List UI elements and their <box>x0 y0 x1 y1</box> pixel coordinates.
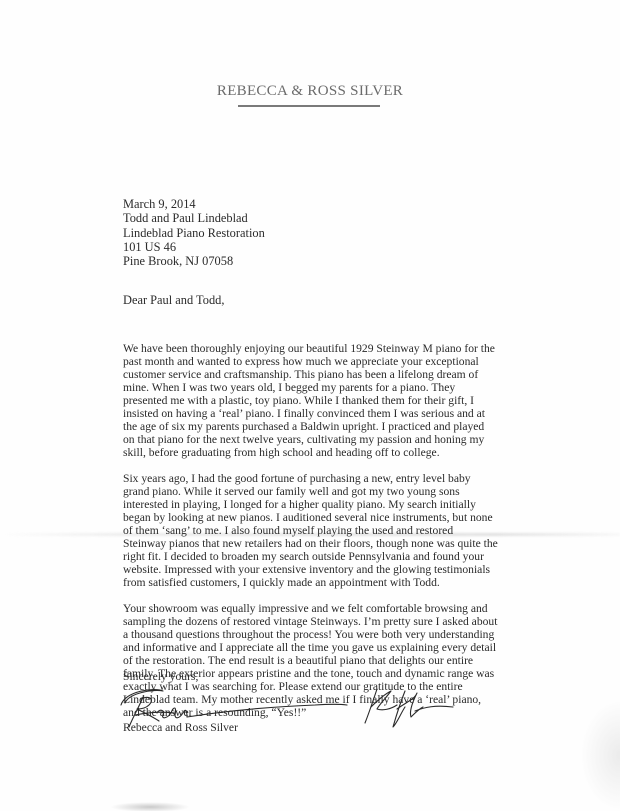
signer-name: Rebecca and Ross Silver <box>123 721 238 734</box>
letter-page: REBECCA & ROSS SILVER March 9, 2014 Todd… <box>0 0 620 811</box>
recipient-line: Pine Brook, NJ 07058 <box>123 254 265 268</box>
body-paragraph: We have been thoroughly enjoying our bea… <box>123 342 498 459</box>
letterhead-name: REBECCA & ROSS SILVER <box>0 83 620 100</box>
letter-date: March 9, 2014 <box>123 197 265 211</box>
address-block: March 9, 2014 Todd and Paul Lindeblad Li… <box>123 197 265 268</box>
closing: Sincerely yours, <box>123 670 198 683</box>
salutation: Dear Paul and Todd, <box>123 293 224 308</box>
scan-smudge <box>110 802 190 811</box>
recipient-line: 101 US 46 <box>123 240 265 254</box>
recipient-line: Lindeblad Piano Restoration <box>123 226 265 240</box>
recipient-line: Todd and Paul Lindeblad <box>123 211 265 225</box>
body-paragraph: Six years ago, I had the good fortune of… <box>123 472 498 589</box>
letterhead-rule <box>238 105 380 107</box>
scan-shadow <box>580 700 620 811</box>
